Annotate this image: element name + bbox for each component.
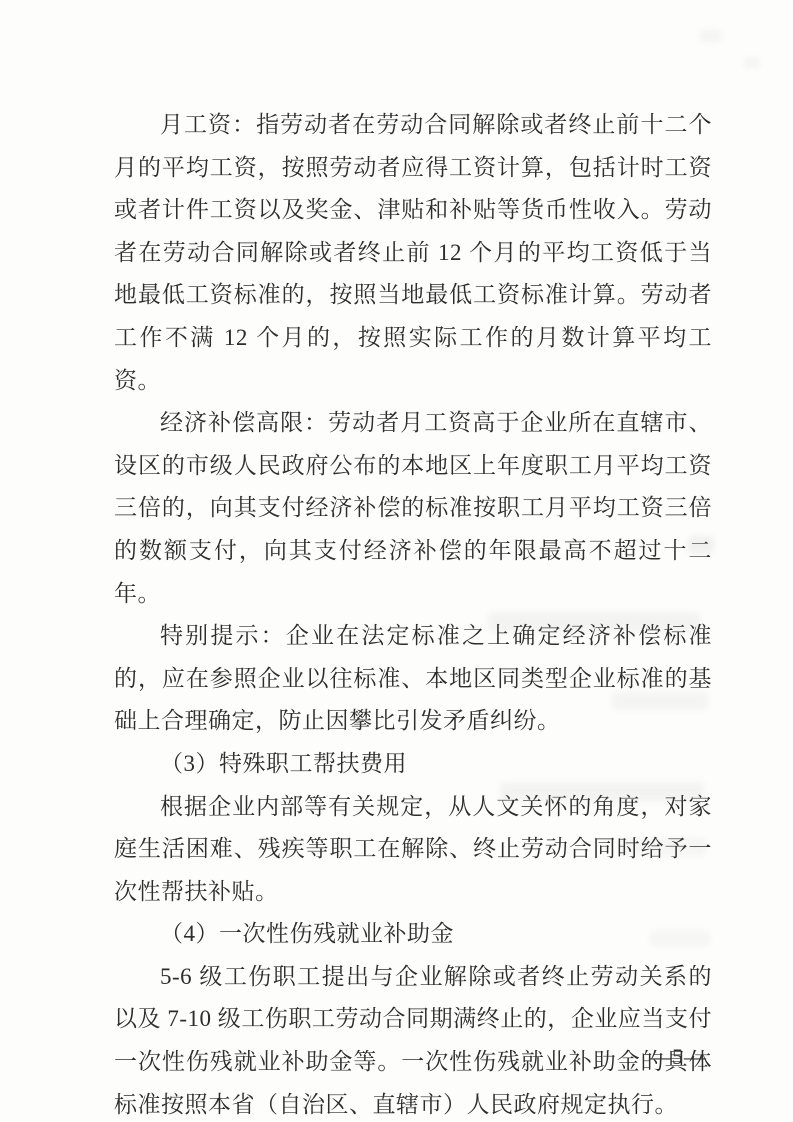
scan-artifact [700,30,722,42]
document-page: 月工资：指劳动者在劳动合同解除或者终止前十二个月的平均工资，按照劳动者应得工资计… [0,0,793,1122]
scan-artifact [744,58,760,68]
paragraph-compensation-cap: 经济补偿高限：劳动者月工资高于企业所在直辖市、设区的市级人民政府公布的本地区上年… [114,402,712,615]
page-number: —5— [649,1044,707,1070]
paragraph-monthly-wage: 月工资：指劳动者在劳动合同解除或者终止前十二个月的平均工资，按照劳动者应得工资计… [114,104,712,402]
paragraph-disability-subsidy: 5-6 级工伤职工提出与企业解除或者终止劳动关系的以及 7-10 级工伤职工劳动… [114,956,712,1122]
paragraph-special-note: 特别提示：企业在法定标准之上确定经济补偿标准的，应在参照企业以往标准、本地区同类… [114,615,712,743]
heading-item-4: （4）一次性伤残就业补助金 [114,913,712,956]
paragraph-special-worker-aid: 根据企业内部等有关规定，从人文关怀的角度，对家庭生活困难、残疾等职工在解除、终止… [114,786,712,914]
document-body: 月工资：指劳动者在劳动合同解除或者终止前十二个月的平均工资，按照劳动者应得工资计… [114,104,712,1122]
heading-item-3: （3）特殊职工帮扶费用 [114,743,712,786]
